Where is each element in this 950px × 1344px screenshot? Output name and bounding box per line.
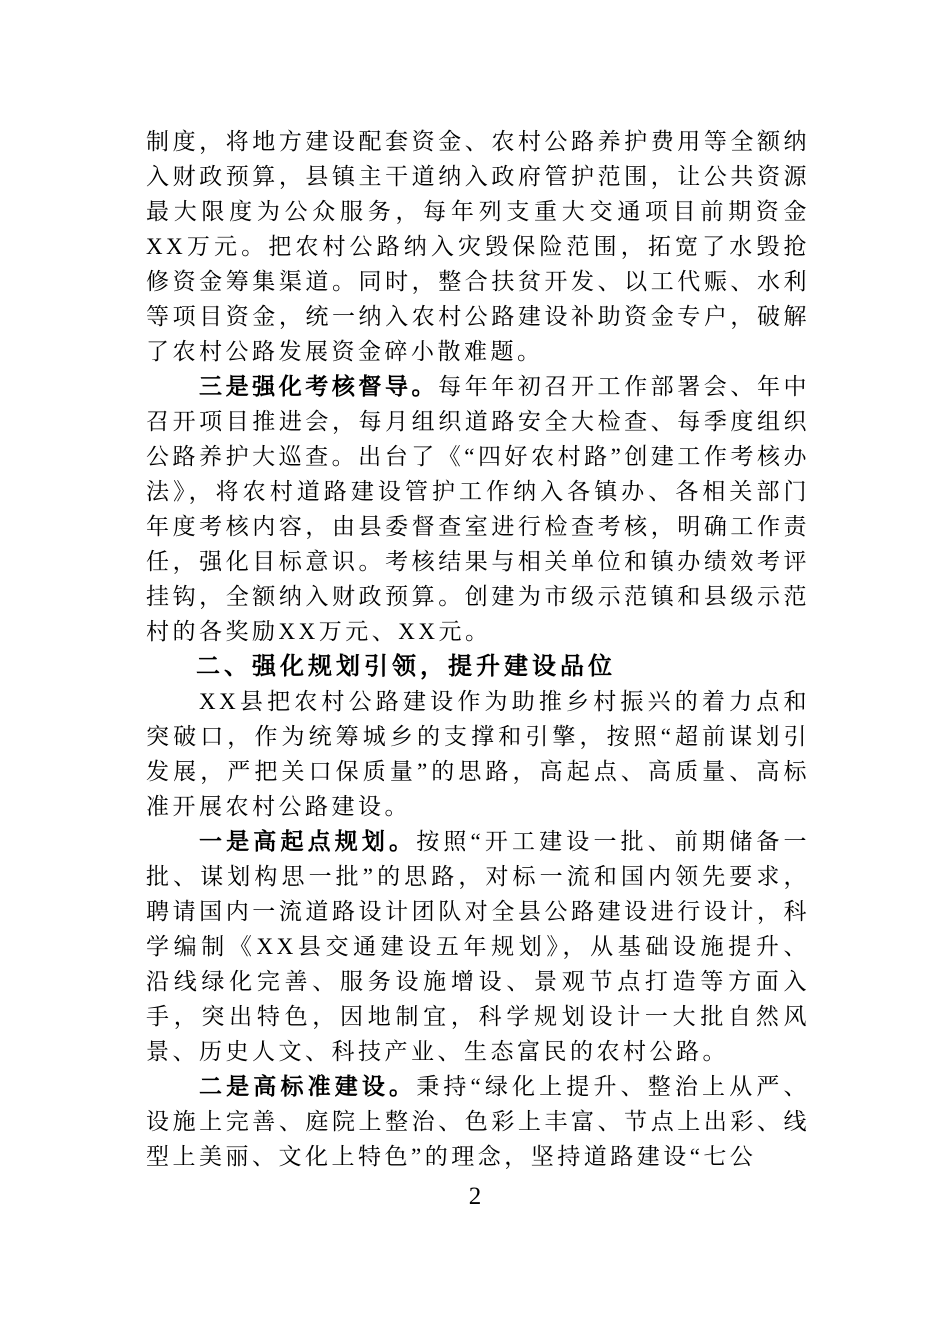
paragraph-text: XX县把农村公路建设作为助推乡村振兴的着力点和突破口，作为统筹城乡的支撑和引擎，… [146,689,810,819]
paragraph-section-intro: XX县把农村公路建设作为助推乡村振兴的着力点和突破口，作为统筹城乡的支撑和引擎，… [146,684,810,824]
section-heading: 二、强化规划引领，提升建设品位 [146,649,810,684]
document-page: 制度，将地方建设配套资金、农村公路养护费用等全额纳入财政预算，县镇主干道纳入政府… [0,0,950,1344]
paragraph-text: 制度，将地方建设配套资金、农村公路养护费用等全额纳入财政预算，县镇主干道纳入政府… [146,129,810,364]
paragraph-point-three: 三是强化考核督导。每年年初召开工作部署会、年中召开项目推进会，每月组织道路安全大… [146,369,810,649]
paragraph-lead-bold: 二是高标准建设。 [199,1074,416,1099]
section-heading-text: 二、强化规划引领，提升建设品位 [196,653,616,680]
paragraph-point-two: 二是高标准建设。秉持“绿化上提升、整治上从严、设施上完善、庭院上整治、色彩上丰富… [146,1069,810,1174]
paragraph-text: 按照“开工建设一批、前期储备一批、谋划构思一批”的思路，对标一流和国内领先要求，… [146,829,810,1064]
paragraph-continuation: 制度，将地方建设配套资金、农村公路养护费用等全额纳入财政预算，县镇主干道纳入政府… [146,124,810,369]
paragraph-lead-bold: 一是高起点规划。 [199,829,416,854]
paragraph-point-one: 一是高起点规划。按照“开工建设一批、前期储备一批、谋划构思一批”的思路，对标一流… [146,824,810,1069]
paragraph-text: 每年年初召开工作部署会、年中召开项目推进会，每月组织道路安全大检查、每季度组织公… [146,374,810,644]
page-number: 2 [0,1183,950,1211]
paragraph-lead-bold: 三是强化考核督导。 [199,374,438,399]
document-body: 制度，将地方建设配套资金、农村公路养护费用等全额纳入财政预算，县镇主干道纳入政府… [146,124,810,1174]
